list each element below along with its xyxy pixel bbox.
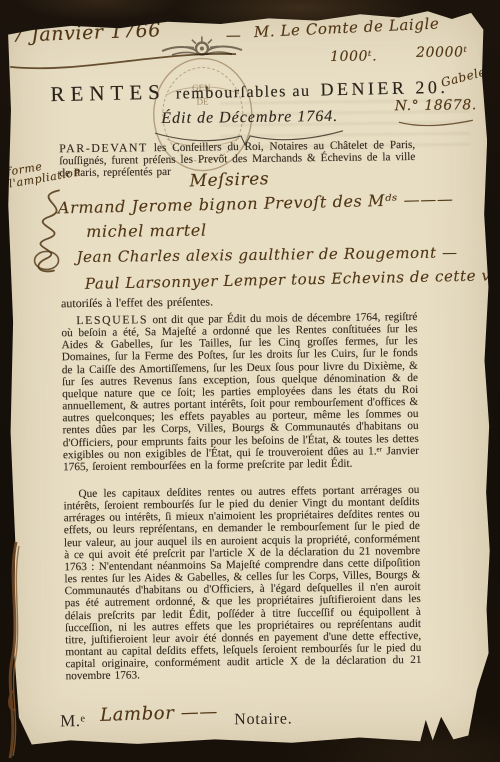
paragraph2-lead: Lesquels <box>76 312 148 327</box>
handwritten-recipient: M. Le Comte de Laigle <box>253 14 439 41</box>
handwritten-messires: Meſsires <box>189 169 269 191</box>
scanned-document-photo: { "page": { "background_color": "#16100a… <box>0 0 500 762</box>
handwritten-name-1: Armand Jerome bignon Prevoſt des Mᵈˢ ——— <box>58 189 454 217</box>
notary-label: Notaire. <box>234 710 293 729</box>
margin-note: forme l'ampliation <box>6 155 82 191</box>
notary-prefix: M.ᵉ <box>60 711 85 731</box>
handwritten-amount-1: 1000ᵗ. <box>330 48 377 65</box>
handwritten-amount-2: 20000ᵗ <box>416 44 468 61</box>
title-word-rentes: RENTES <box>50 80 166 106</box>
paragraph1-lead: PAR-DEVANT <box>59 140 148 155</box>
title-word-remboursables: rembourſables au <box>176 83 311 103</box>
binding-thread <box>0 540 30 762</box>
handwritten-document-number: N.° 18678. <box>395 97 477 114</box>
edict-subtitle: Édit de Décembre 1764. <box>155 108 345 128</box>
handwritten-name-2: michel martel <box>86 221 207 241</box>
handwritten-name-4: Paul Larsonnyer Lemper tous Echevins de … <box>85 266 500 293</box>
paragraph-lesquels: Lesquels ont dit que par Édit du mois de… <box>61 310 419 473</box>
paragraph-capitaux: Que les capitaux deſdites rentes ou autr… <box>63 484 421 683</box>
handwritten-name-3: Jean Charles alexis gaulthier de Rougemo… <box>76 243 457 266</box>
document-paper-sheet: 7 Janvier 1766 — M. Le Comte de Laigle 1… <box>4 9 495 747</box>
numero-underline-flourish <box>397 117 477 132</box>
title-word-denier: DENIER 20. <box>320 77 448 100</box>
authorized-line: autoriſés à l'effet des préſentes. <box>61 293 421 310</box>
paragraph2-body: ont dit que par Édit du mois de décembre… <box>61 311 419 473</box>
notary-signature: Lambor —— <box>100 701 218 725</box>
